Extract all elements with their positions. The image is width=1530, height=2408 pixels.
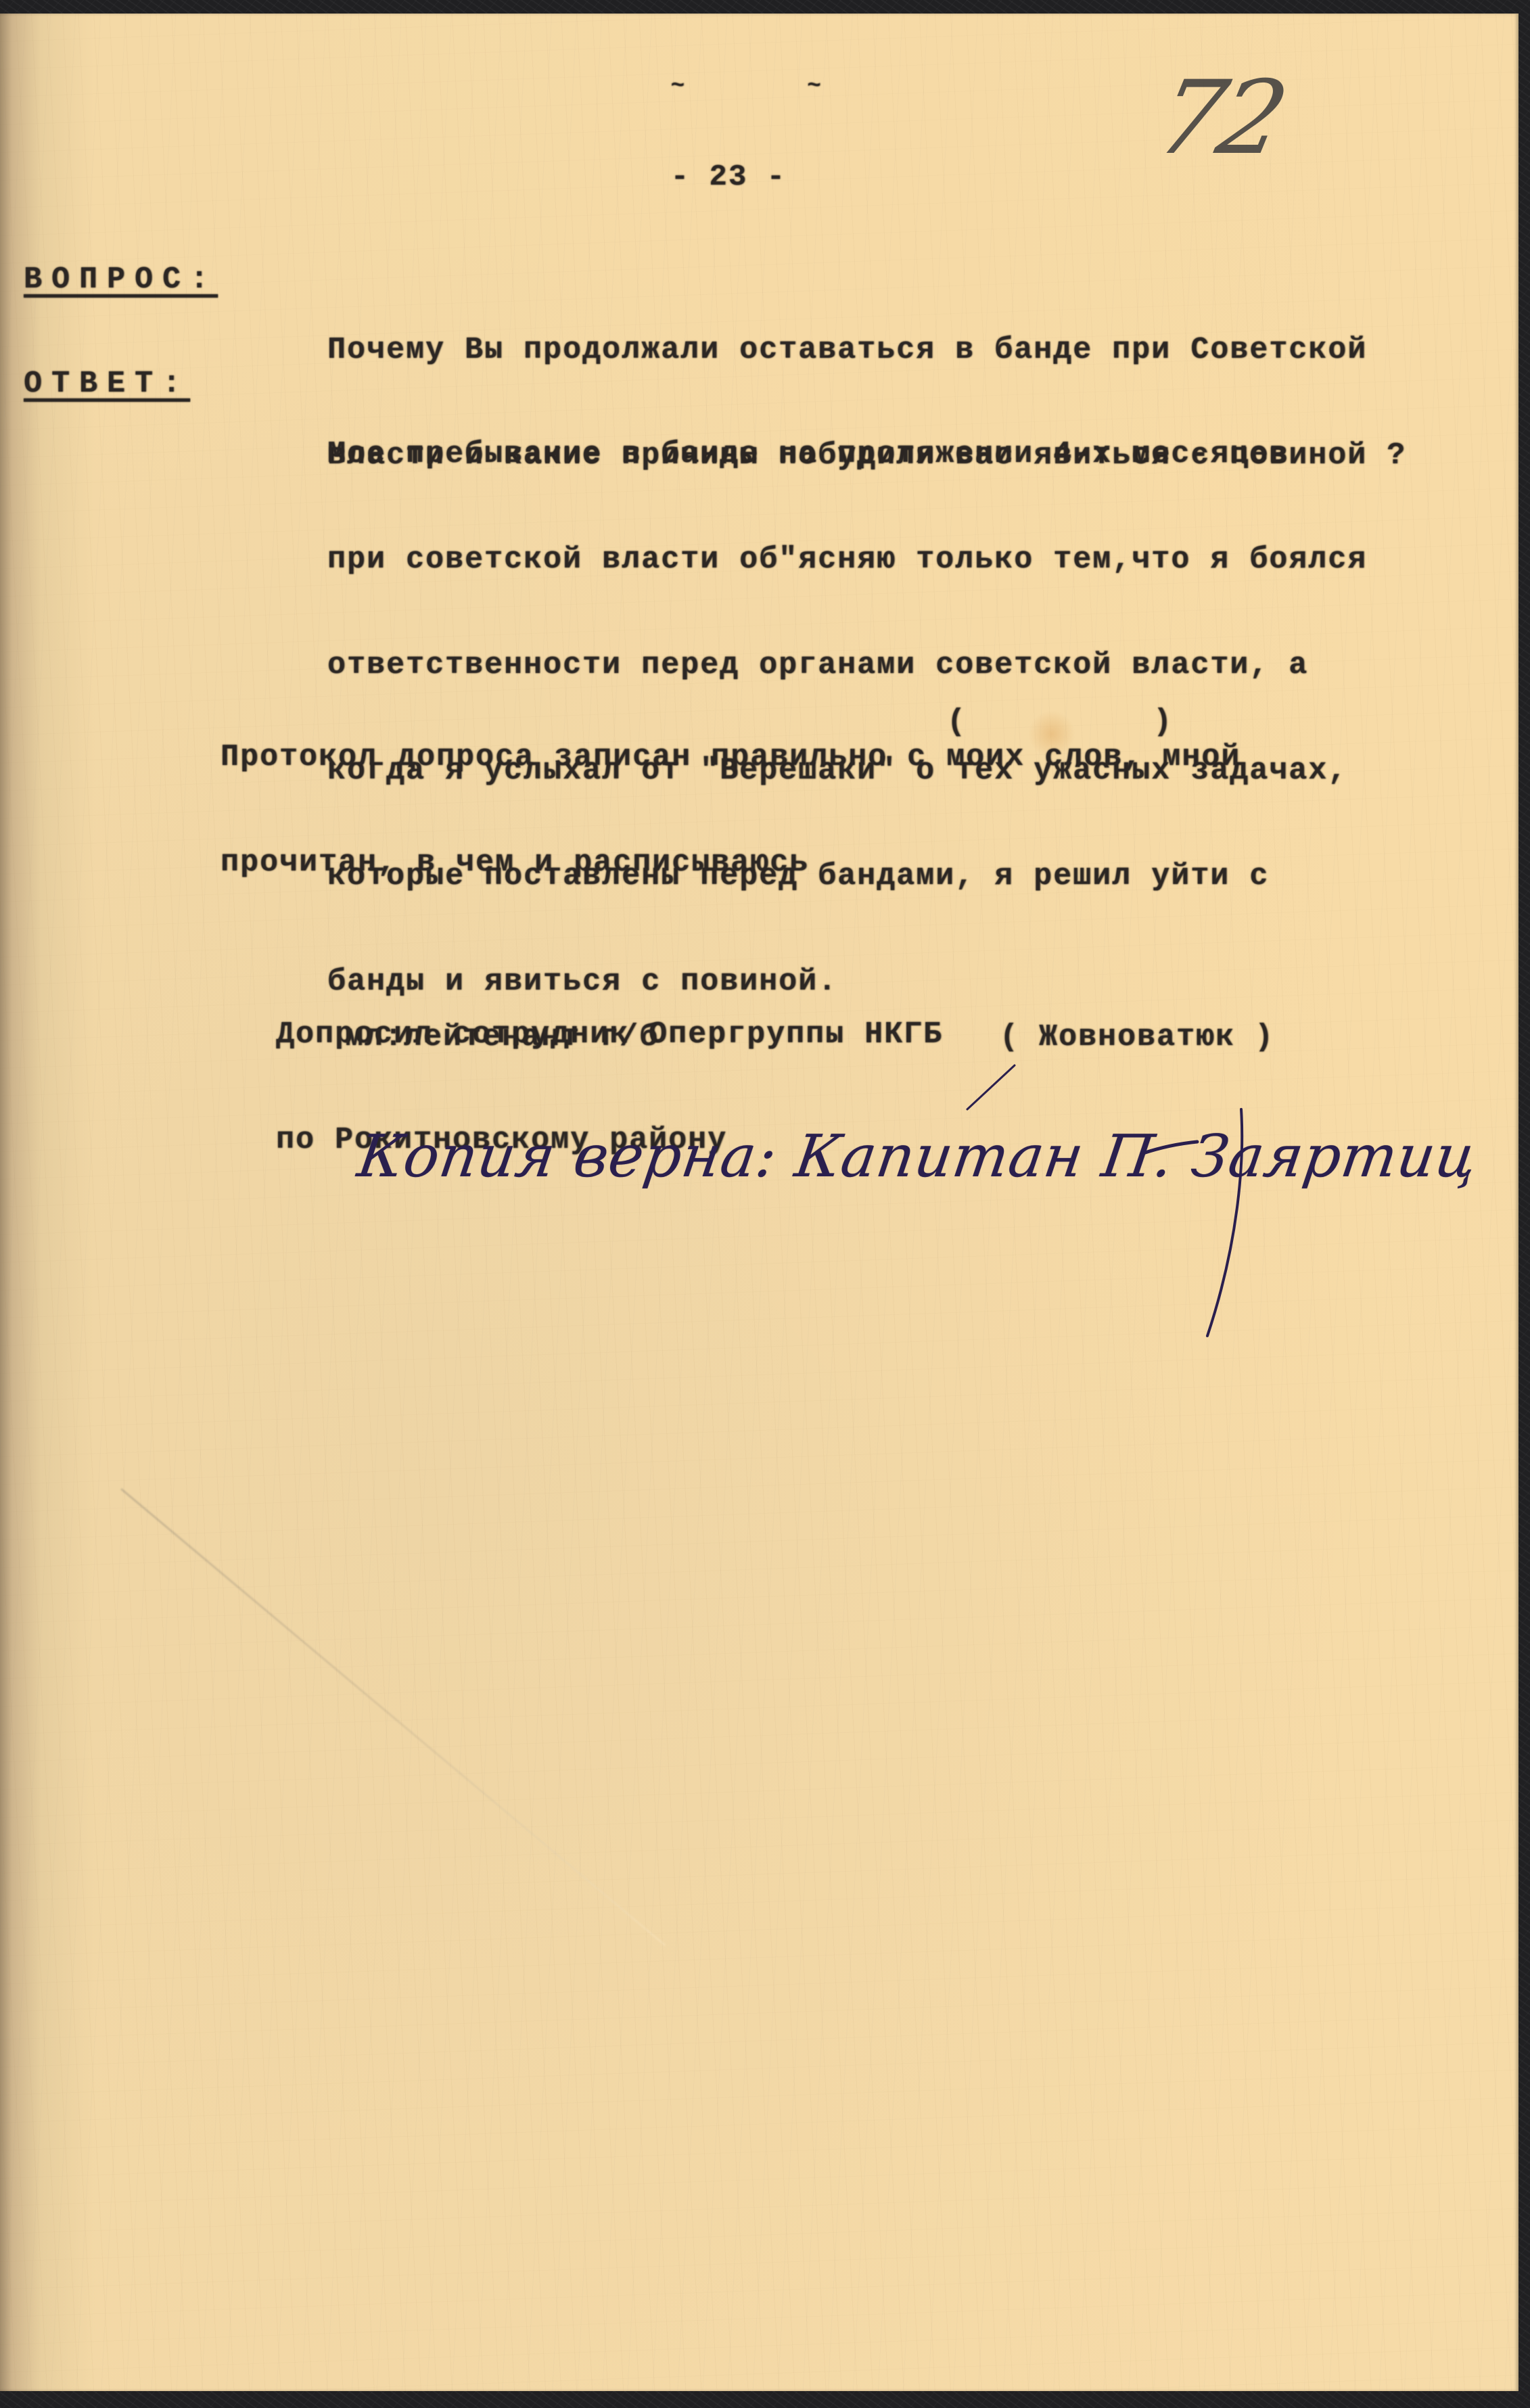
page-number-marks: ~ ~ [671,69,822,104]
paper-fold-crease [120,1488,666,1946]
signature-bracket-open: ( [947,705,967,740]
question-label: ВОПРОС: [24,262,218,298]
handwritten-certification: Копия верна: Капитан П. Заяртиц [354,1123,1482,1190]
page-number-text: - 23 - [671,160,786,194]
page-number: ~ ~ - 23 - [594,89,786,230]
question-line: Почему Вы продолжали оставаться в банде … [327,333,1406,368]
document-page: ~ ~ - 23 - 72 ВОПРОС: Почему Вы продолжа… [0,14,1519,2391]
answer-line: при советской власти об"ясняю только тем… [327,542,1367,578]
protocol-line: прочитан, в чем и расписываюсь [221,846,1241,881]
answer-label: ОТВЕТ: [24,367,190,402]
interrogator-name: ( Жовноватюк ) [1000,1020,1274,1055]
interrogator-rank: мл:лейтенант г/б [345,1020,659,1055]
archive-sheet-number: 72 [1148,60,1294,177]
protocol-line: Протокол допроса записан правильно с мои… [221,740,1241,775]
answer-line: Мое пребывание в банде на протяжении 4-х… [327,437,1367,472]
protocol-statement: Протокол допроса записан правильно с мои… [221,670,1241,951]
signature-bracket-close: ) [1153,705,1173,740]
